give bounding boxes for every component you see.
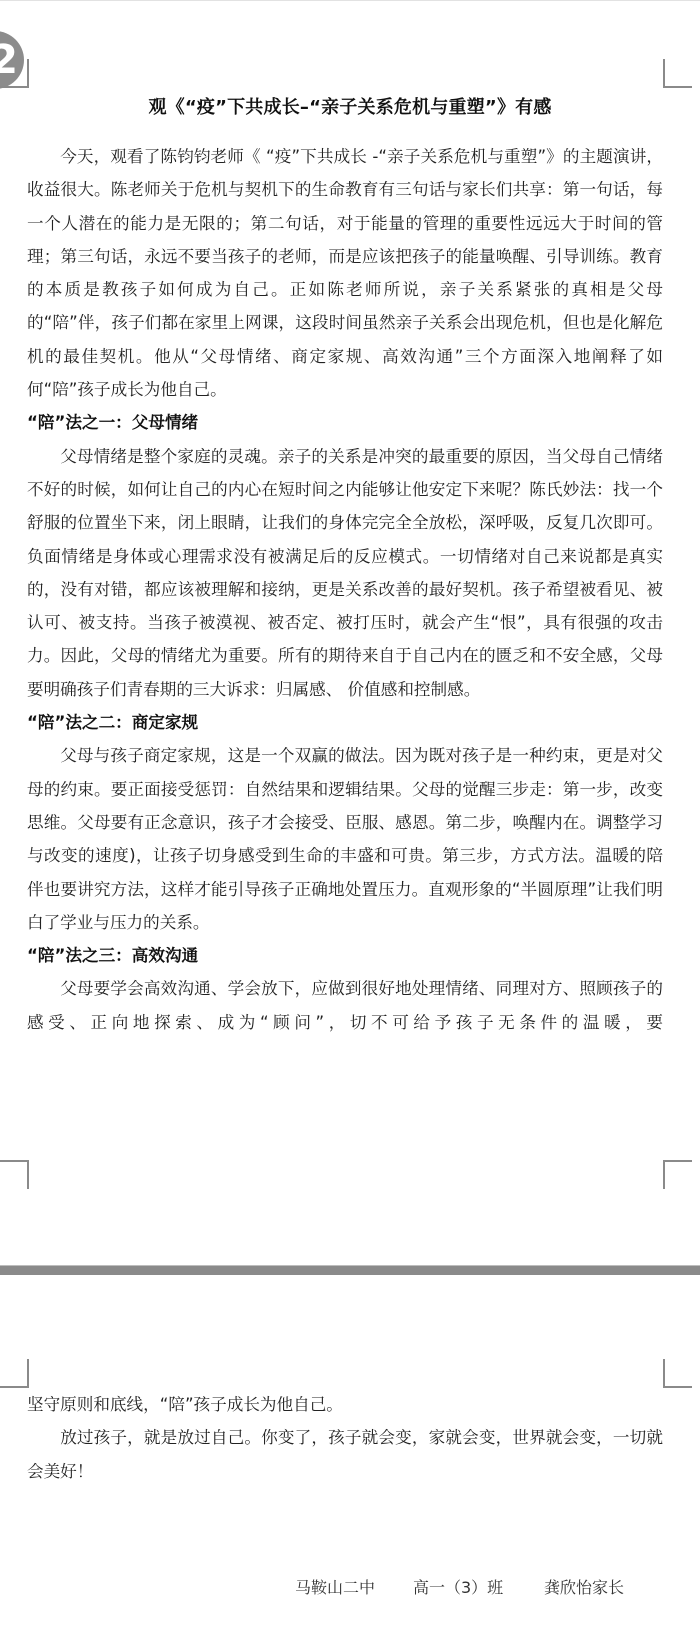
crop-mark-bottom-left [0,1160,29,1189]
closing-paragraph: 放过孩子，就是放过自己。你变了，孩子就会变，家就会变，世界就会变，一切就会美好！ [27,1421,663,1488]
continuation-text: 坚守原则和底线，“陪”孩子成长为他自己。 [27,1388,663,1421]
crop-mark-top-right-p2 [663,1359,692,1388]
section-heading-communication: “陪”法之三：高效沟通 [27,939,663,972]
document-title: 观《“疫”下共成长–“亲子关系危机与重塑”》有感 [0,93,700,119]
crop-mark-top-left [0,59,29,88]
signature-school: 马鞍山二中 [295,1575,375,1598]
crop-mark-top-right [663,59,692,88]
section-text-communication: 父母要学会高效沟通、学会放下，应做到很好地处理情绪、同理对方、照顾孩子的感受、正… [27,972,663,1039]
page1-body: 今天，观看了陈钧钧老师《 “疫”下共成长 -“亲子关系危机与重塑”》的主题演讲，… [27,140,663,1039]
section-heading-family-rules: “陪”法之二：商定家规 [27,706,663,739]
document-page-1: 2 观《“疫”下共成长–“亲子关系危机与重塑”》有感 今天，观看了陈钧钧老师《 … [0,1,700,1265]
crop-mark-bottom-right [663,1160,692,1189]
section-text-family-rules: 父母与孩子商定家规，这是一个双赢的做法。因为既对孩子是一种约束，更是对父母的约束… [27,739,663,939]
section-heading-emotions: “陪”法之一：父母情绪 [27,406,663,439]
page-separator [0,1265,700,1275]
signature-author: 龚欣怡家长 [544,1575,624,1598]
intro-paragraph: 今天，观看了陈钧钧老师《 “疫”下共成长 -“亲子关系危机与重塑”》的主题演讲，… [27,140,663,406]
signature-class: 高一（3）班 [413,1575,503,1598]
page2-body: 坚守原则和底线，“陪”孩子成长为他自己。 放过孩子，就是放过自己。你变了，孩子就… [27,1388,663,1488]
crop-mark-top-left-p2 [0,1359,29,1388]
section-text-emotions: 父母情绪是整个家庭的灵魂。亲子的关系是冲突的最重要的原因，当父母自己情绪不好的时… [27,440,663,706]
